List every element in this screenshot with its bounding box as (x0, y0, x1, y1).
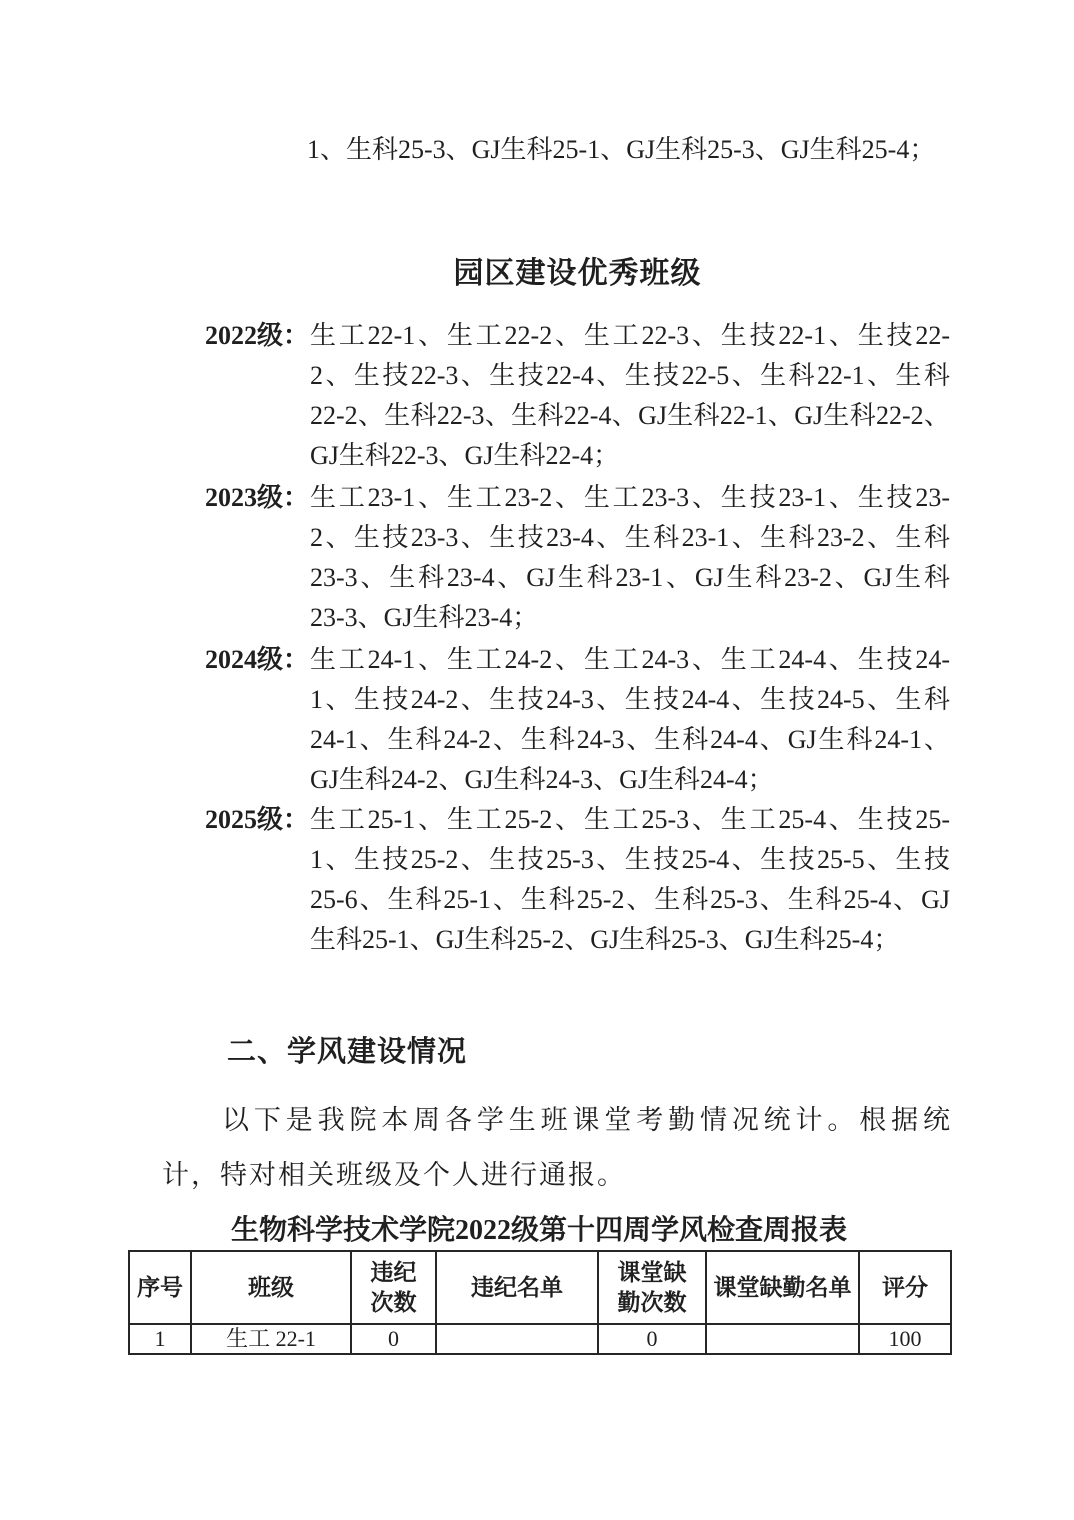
roster-line: 1、生技25-2、生技25-3、生技25-4、生技25-5、生技 (310, 840, 950, 880)
roster-line: GJ生科24-2、GJ生科24-3、GJ生科24-4； (310, 760, 950, 800)
cell-absence-names (706, 1324, 859, 1354)
body-paragraph-line: 以下是我院本周各学生班课堂考勤情况统计。根据统 (222, 1100, 950, 1140)
roster-entry-label: 2022级： (205, 316, 309, 356)
roster-line: 22-2、生科22-3、生科22-4、GJ生科22-1、GJ生科22-2、 (310, 396, 950, 436)
cell-class: 生工 22-1 (191, 1324, 351, 1354)
roster-entry-label: 2023级： (205, 478, 309, 518)
roster-line: 生工25-1、生工25-2、生工25-3、生工25-4、生技25- (310, 800, 950, 840)
report-table: 序号 班级 违纪 次数 违纪名单 课堂缺 勤次数 课堂缺勤名单 评分 1 生工 … (128, 1250, 952, 1355)
roster-entry-2024: 2024级： 生工24-1、生工24-2、生工24-3、生工24-4、生技24-… (0, 640, 1074, 800)
continuation-line: 1、生科25-3、GJ生科25-1、GJ生科25-3、GJ生科25-4； (307, 130, 967, 170)
col-header-absence-names: 课堂缺勤名单 (706, 1251, 859, 1324)
section-heading: 二、学风建设情况 (227, 1033, 467, 1069)
roster-line: 25-6、生科25-1、生科25-2、生科25-3、生科25-4、GJ (310, 880, 950, 920)
roster-entry-label: 2024级： (205, 640, 309, 680)
col-header-violation-names: 违纪名单 (436, 1251, 598, 1324)
roster-line: 1、生技24-2、生技24-3、生技24-4、生技24-5、生科 (310, 680, 950, 720)
roster-line: 24-1、生科24-2、生科24-3、生科24-4、GJ生科24-1、 (310, 720, 950, 760)
roster-entry-2022: 2022级： 生工22-1、生工22-2、生工22-3、生技22-1、生技22-… (0, 316, 1074, 476)
cell-violation-names (436, 1324, 598, 1354)
roster-line: 2、生技23-3、生技23-4、生科23-1、生科23-2、生科 (310, 518, 950, 558)
body-paragraph-line: 计，特对相关班级及个人进行通报。 (162, 1155, 626, 1195)
col-header-absence-count: 课堂缺 勤次数 (598, 1251, 706, 1324)
roster-heading: 园区建设优秀班级 (205, 256, 950, 292)
report-table-title: 生物科学技术学院2022级第十四周学风检查周报表 (128, 1214, 950, 1248)
document-page: 1、生科25-3、GJ生科25-1、GJ生科25-3、GJ生科25-4； 园区建… (0, 0, 1074, 1520)
roster-line: GJ生科22-3、GJ生科22-4； (310, 436, 950, 476)
roster-line: 生工22-1、生工22-2、生工22-3、生技22-1、生技22- (310, 316, 950, 356)
roster-line: 2、生技22-3、生技22-4、生技22-5、生科22-1、生科 (310, 356, 950, 396)
table-header-row: 序号 班级 违纪 次数 违纪名单 课堂缺 勤次数 课堂缺勤名单 评分 (129, 1251, 951, 1324)
roster-entry-2023: 2023级： 生工23-1、生工23-2、生工23-3、生技23-1、生技23-… (0, 478, 1074, 638)
cell-index: 1 (129, 1324, 191, 1354)
cell-absence-count: 0 (598, 1324, 706, 1354)
col-header-score: 评分 (859, 1251, 951, 1324)
roster-entry-label: 2025级： (205, 800, 309, 840)
col-header-class: 班级 (191, 1251, 351, 1324)
col-header-violation-count: 违纪 次数 (351, 1251, 436, 1324)
roster-line: 生科25-1、GJ生科25-2、GJ生科25-3、GJ生科25-4； (310, 920, 950, 960)
roster-line: 23-3、生科23-4、GJ生科23-1、GJ生科23-2、GJ生科 (310, 558, 950, 598)
col-header-index: 序号 (129, 1251, 191, 1324)
roster-line: 生工24-1、生工24-2、生工24-3、生工24-4、生技24- (310, 640, 950, 680)
roster-entry-2025: 2025级： 生工25-1、生工25-2、生工25-3、生工25-4、生技25-… (0, 800, 1074, 960)
cell-violation-count: 0 (351, 1324, 436, 1354)
roster-line: 23-3、GJ生科23-4； (310, 598, 950, 638)
cell-score: 100 (859, 1324, 951, 1354)
roster-line: 生工23-1、生工23-2、生工23-3、生技23-1、生技23- (310, 478, 950, 518)
table-row: 1 生工 22-1 0 0 100 (129, 1324, 951, 1354)
